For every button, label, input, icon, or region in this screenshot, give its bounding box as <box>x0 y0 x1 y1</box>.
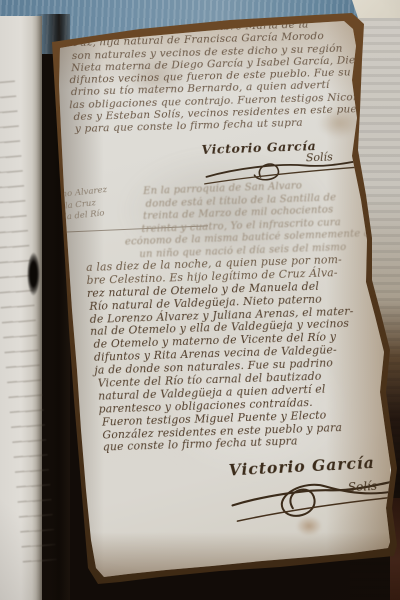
manuscript-photo: ce del dia. La que por nombre María de l… <box>0 0 400 600</box>
paragraph-baptism-intro: En la parroquia de San Alvaro donde está… <box>143 178 377 261</box>
signature-priest-bottom: Victorio García Solís <box>228 452 400 532</box>
signature-rubric: Solís <box>306 150 333 164</box>
paragraph-baptism-body: a las diez de la noche, a quien puse por… <box>86 253 394 456</box>
signature-rubric: Solís <box>347 479 377 495</box>
